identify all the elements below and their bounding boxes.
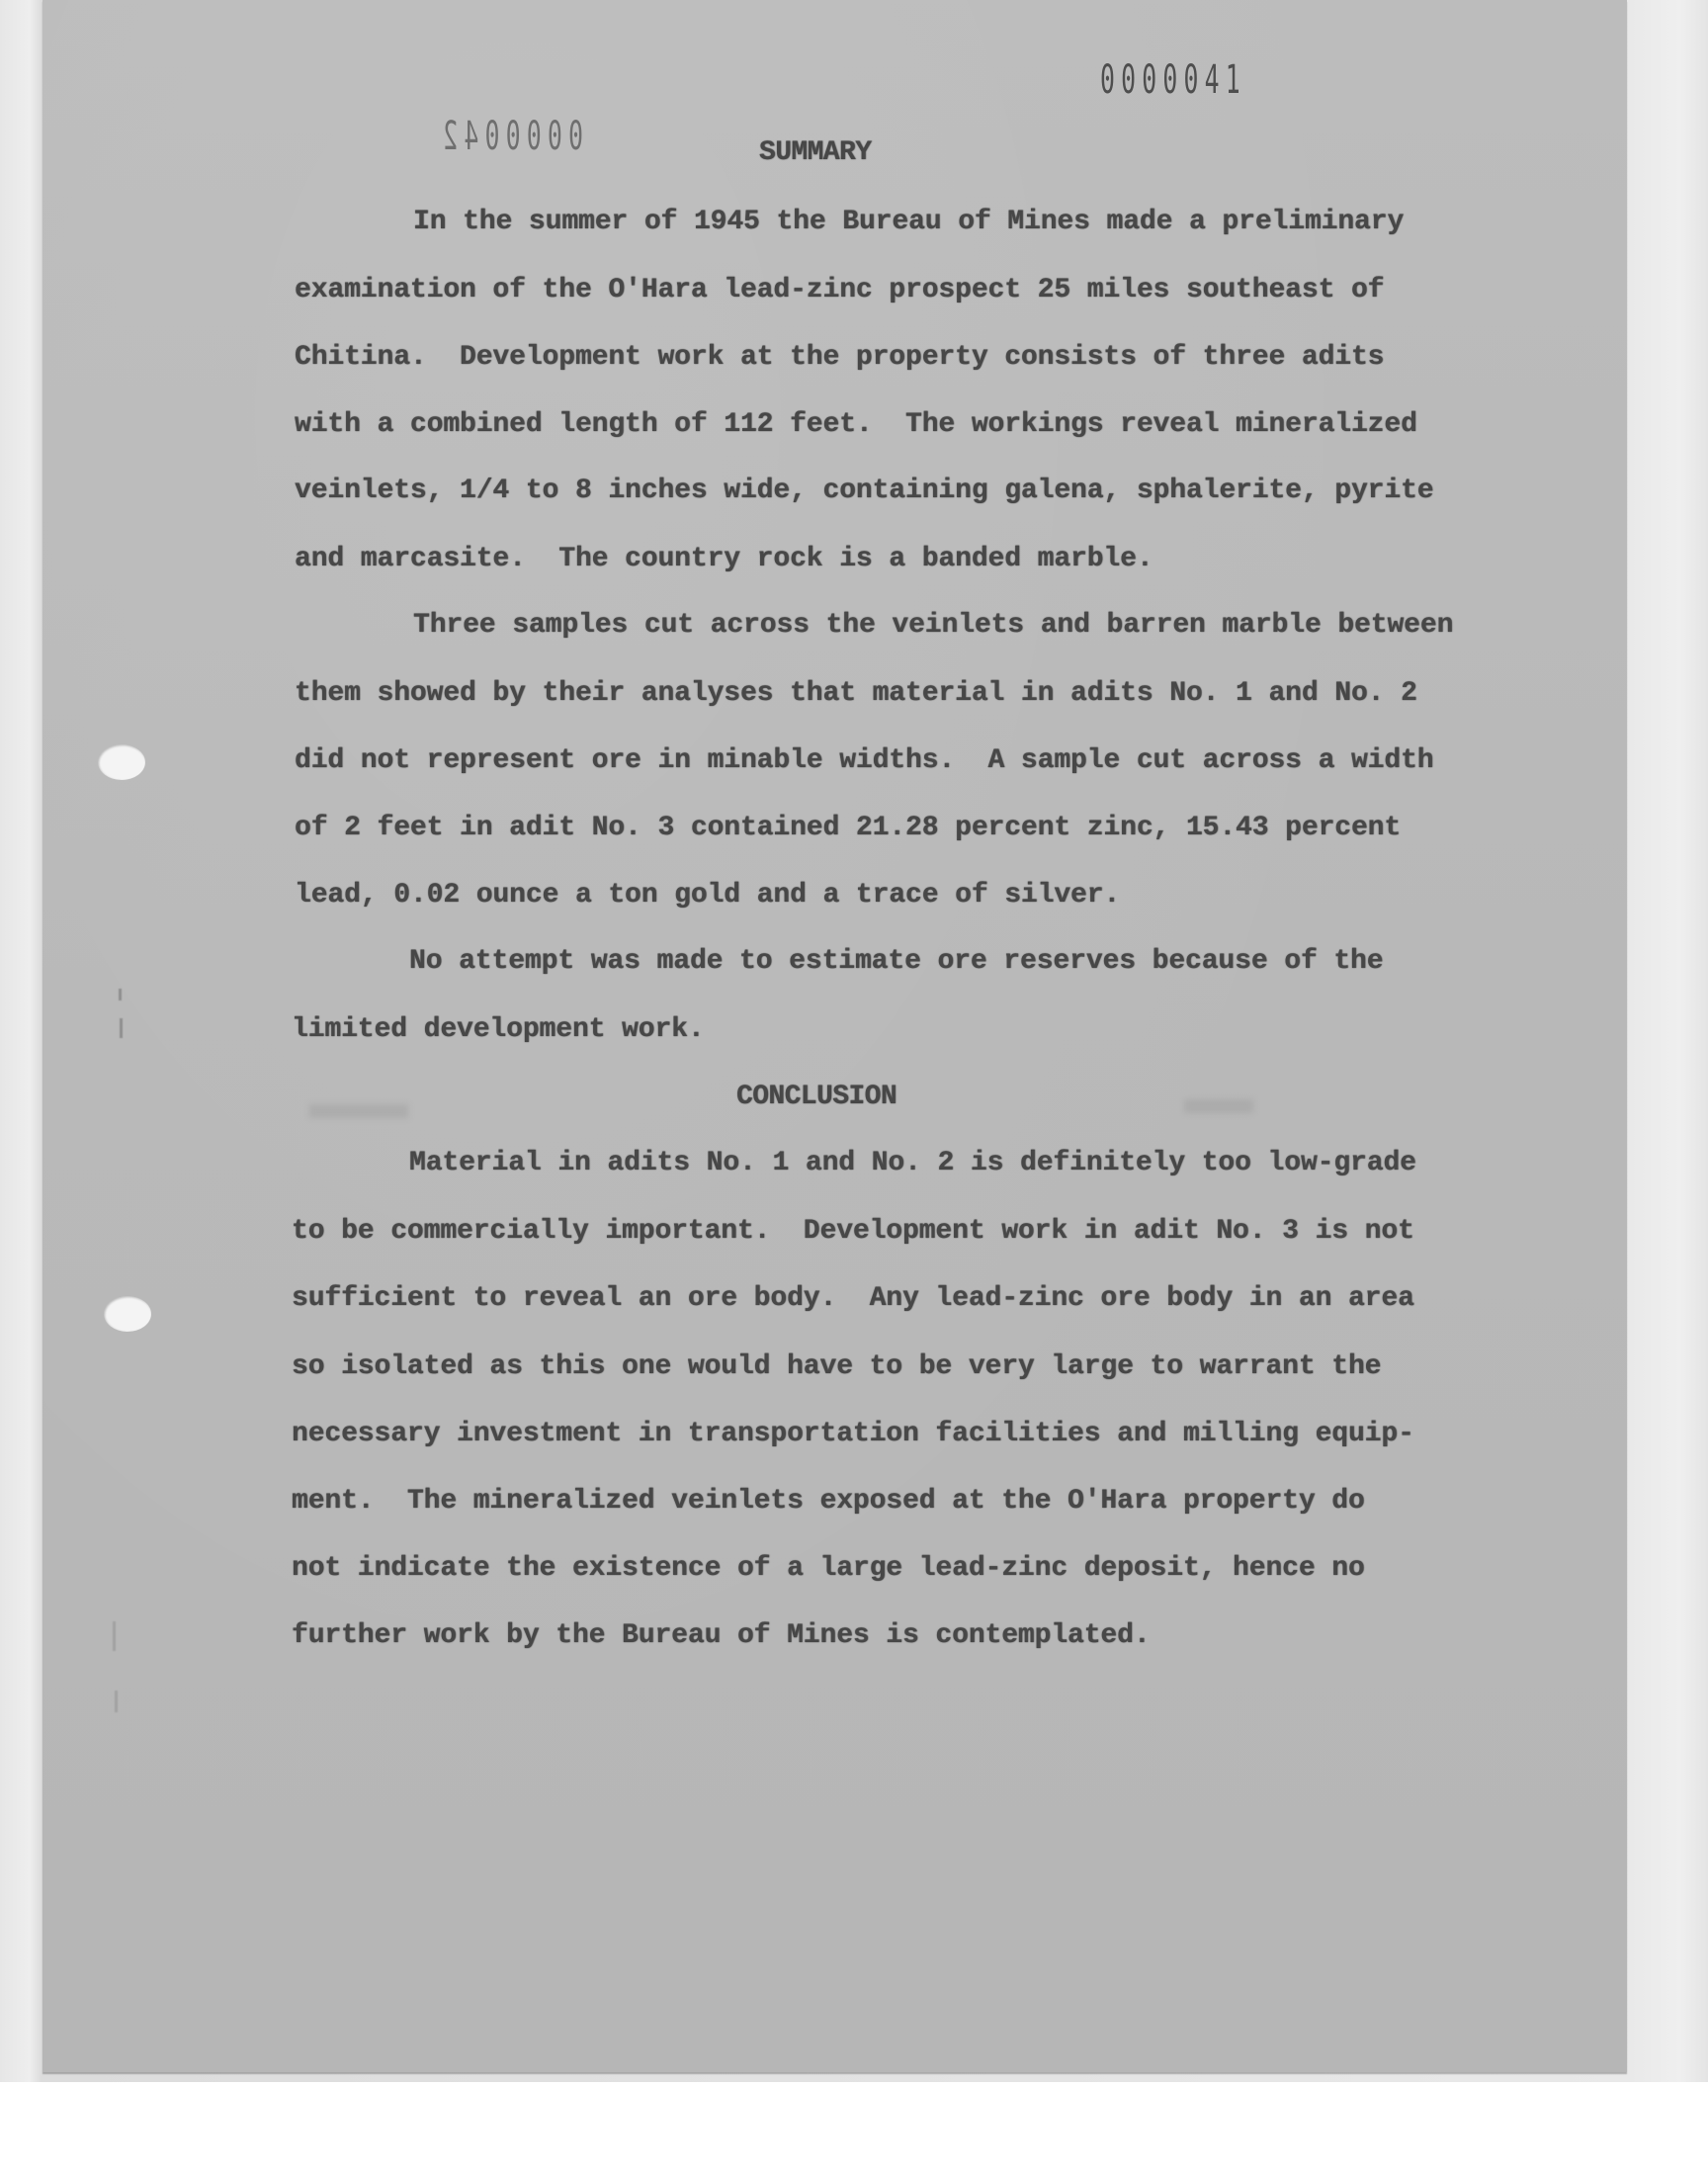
margin-mark — [119, 989, 122, 1000]
paragraph-line: further work by the Bureau of Mines is c… — [292, 1619, 1151, 1653]
punch-hole-bottom — [104, 1296, 151, 1332]
paragraph-line: Chitina. Development work at the propert… — [295, 341, 1384, 375]
page-number-stamp: 0000041 — [1100, 57, 1246, 103]
paragraph-line: Material in adits No. 1 and No. 2 is def… — [409, 1147, 1416, 1180]
paragraph-line: limited development work. — [292, 1013, 705, 1047]
paragraph-line: them showed by their analyses that mater… — [295, 677, 1417, 711]
margin-mark — [115, 1691, 118, 1712]
paragraph-line: In the summer of 1945 the Bureau of Mine… — [413, 206, 1404, 239]
paragraph-line: examination of the O'Hara lead-zinc pros… — [295, 274, 1384, 307]
paragraph-line: did not represent ore in minable widths.… — [295, 744, 1434, 778]
document-page — [43, 0, 1627, 2072]
margin-mark — [113, 1621, 116, 1651]
paragraph-line: to be commercially important. Developmen… — [292, 1215, 1414, 1249]
paragraph-line: with a combined length of 112 feet. The … — [295, 408, 1417, 442]
paragraph-line: so isolated as this one would have to be… — [292, 1350, 1381, 1384]
paragraph-line: sufficient to reveal an ore body. Any le… — [292, 1282, 1414, 1316]
paragraph-line: lead, 0.02 ounce a ton gold and a trace … — [295, 879, 1120, 913]
smudge — [309, 1104, 408, 1118]
section-heading-conclusion: CONCLUSION — [736, 1081, 897, 1114]
paragraph-line: necessary investment in transportation f… — [292, 1418, 1414, 1451]
paragraph-line: ment. The mineralized veinlets exposed a… — [292, 1485, 1365, 1519]
bleed-through-stamp: 0000042 — [437, 114, 583, 159]
smudge — [1184, 1099, 1253, 1113]
paragraph-line: of 2 feet in adit No. 3 contained 21.28 … — [295, 812, 1401, 845]
paragraph-line: and marcasite. The country rock is a ban… — [295, 543, 1153, 576]
paragraph-line: Three samples cut across the veinlets an… — [413, 609, 1453, 643]
margin-mark — [120, 1018, 123, 1038]
paragraph-line: veinlets, 1/4 to 8 inches wide, containi… — [295, 475, 1434, 508]
punch-hole-top — [98, 744, 145, 780]
section-heading-summary: SUMMARY — [759, 136, 871, 170]
paragraph-line: No attempt was made to estimate ore rese… — [409, 945, 1383, 979]
paragraph-line: not indicate the existence of a large le… — [292, 1552, 1365, 1586]
